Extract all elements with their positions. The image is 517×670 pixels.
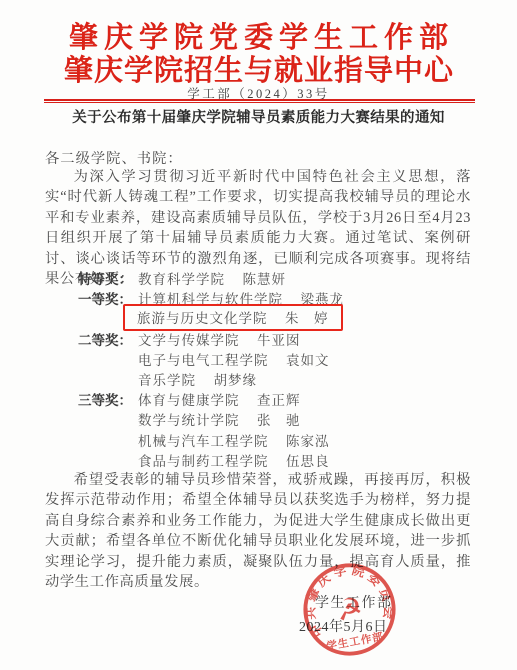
award-tier-label: 二等奖：	[78, 329, 138, 349]
award-winner-name: 朱 婷	[285, 311, 329, 326]
award-entry: 体育与健康学院查正辉	[138, 389, 301, 409]
header-org-line2: 肇庆学院招生与就业指导中心	[0, 48, 517, 89]
salutation: 各二级学院、书院：	[45, 148, 183, 168]
award-winner-name: 陈慧妍	[243, 272, 287, 287]
award-college: 数学与统计学院	[138, 413, 240, 428]
document-page: 肇庆学院党委学生工作部 肇庆学院招生与就业指导中心 学工部（2024）33号 关…	[0, 0, 517, 670]
award-winner-name: 伍思良	[286, 454, 330, 469]
award-row: 二等奖：文学与传媒学院牛亚囡	[78, 329, 475, 349]
award-entry: 音乐学院胡梦缘	[138, 369, 257, 389]
award-entry: 食品与制药工程学院伍思良	[138, 450, 330, 470]
red-separator-rule	[44, 99, 475, 103]
award-winner-name: 牛亚囡	[257, 333, 301, 348]
award-entry-highlighted: 旅游与历史文化学院朱 婷	[123, 304, 343, 331]
award-winner-name: 陈家泓	[286, 434, 330, 449]
award-row: 食品与制药工程学院伍思良	[78, 450, 475, 470]
award-tier-label: 特等奖：	[78, 268, 138, 288]
award-winner-name: 胡梦缘	[214, 373, 258, 388]
award-row: 电子与电气工程学院袁如文	[78, 349, 475, 369]
awards-list: 特等奖：教育科学学院陈慧妍一等奖：计算机科学与软件学院梁燕龙旅游与历史文化学院朱…	[45, 268, 475, 470]
award-row: 特等奖：教育科学学院陈慧妍	[78, 268, 475, 288]
award-row: 机械与汽车工程学院陈家泓	[78, 430, 475, 450]
award-entry: 机械与汽车工程学院陈家泓	[138, 430, 330, 450]
closing-paragraph: 希望受表彰的辅导员珍惜荣誉，戒骄戒躁，再接再厉，积极发挥示范带动作用；希望全体辅…	[45, 470, 471, 592]
award-tier-label: 三等奖：	[78, 389, 138, 409]
award-college: 食品与制药工程学院	[138, 454, 269, 469]
award-college: 音乐学院	[138, 373, 196, 388]
stamp-bottom-text: 学生工作部	[325, 630, 385, 653]
award-entry: 电子与电气工程学院袁如文	[138, 349, 330, 369]
award-winner-name: 袁如文	[286, 353, 330, 368]
award-winner-name: 查正辉	[257, 393, 301, 408]
award-college: 机械与汽车工程学院	[138, 434, 269, 449]
award-college: 教育科学学院	[138, 272, 225, 287]
award-entry: 文学与传媒学院牛亚囡	[138, 329, 301, 349]
award-row: 三等奖：体育与健康学院查正辉	[78, 389, 475, 409]
document-title: 关于公布第十届肇庆学院辅导员素质能力大赛结果的通知	[0, 106, 517, 127]
award-row: 旅游与历史文化学院朱 婷	[78, 308, 475, 328]
official-seal-stamp: 中共肇庆学院委员会 ☭ 学生工作部	[293, 553, 405, 665]
hammer-and-sickle-icon: ☭	[334, 590, 366, 628]
award-college: 文学与传媒学院	[138, 333, 240, 348]
award-college: 旅游与历史文化学院	[137, 311, 268, 326]
award-entry: 教育科学学院陈慧妍	[138, 268, 286, 288]
award-college: 电子与电气工程学院	[138, 353, 269, 368]
award-college: 体育与健康学院	[138, 393, 240, 408]
award-winner-name: 张 驰	[257, 413, 301, 428]
award-row: 数学与统计学院张 驰	[78, 409, 475, 429]
award-row: 音乐学院胡梦缘	[78, 369, 475, 389]
award-entry: 数学与统计学院张 驰	[138, 409, 301, 429]
